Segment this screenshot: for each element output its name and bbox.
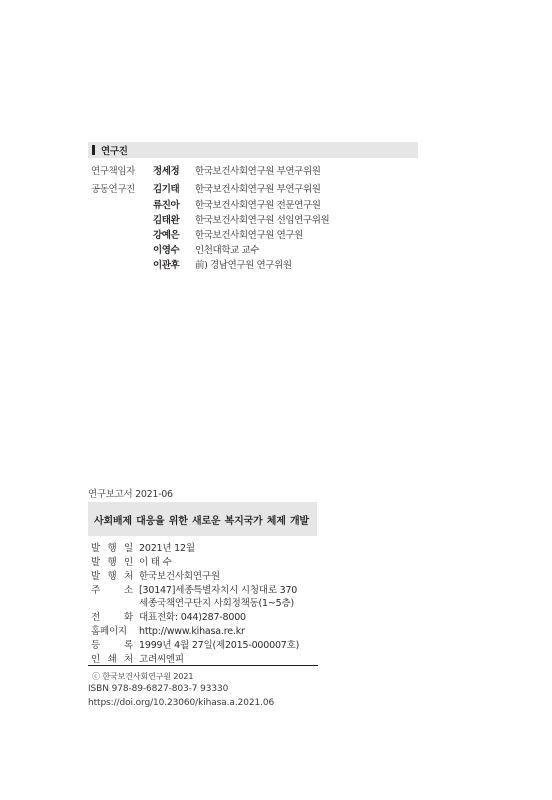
team-member-name: 강예은 (153, 229, 179, 243)
report-series: 연구보고서 2021-06 (88, 486, 173, 500)
research-team-title: 연구진 (101, 143, 128, 157)
team-member-affiliation: 한국보건사회연구원 선임연구위원 (195, 214, 329, 228)
publication-value: 1999년 4월 27일(제2015-000007호) (139, 639, 299, 653)
team-member-affiliation: 인천대학교 교수 (195, 244, 259, 258)
report-title: 사회배제 대응을 위한 새로운 복지국가 체제 개발 (94, 512, 309, 527)
publication-label: 홈페이지 (91, 625, 133, 639)
team-member-name: 류진아 (153, 199, 179, 213)
publication-value: 세종국책연구단지 사회정책동(1~5층) (139, 597, 294, 611)
team-member-name: 이관후 (153, 259, 179, 273)
team-member-name: 김기태 (153, 183, 179, 197)
publication-label: 등록 (91, 639, 133, 653)
publication-label: 발행일 (91, 542, 133, 556)
publication-label: 주소 (91, 584, 133, 598)
team-member-affiliation: 한국보건사회연구원 연구원 (195, 229, 303, 243)
team-member-affiliation: 한국보건사회연구원 전문연구원 (195, 199, 321, 213)
publication-value: 한국보건사회연구원 (139, 570, 220, 584)
publication-value: 이 태 수 (139, 556, 172, 570)
divider (88, 665, 318, 666)
doi-link[interactable]: https://doi.org/10.23060/kihasa.a.2021.0… (88, 697, 274, 710)
team-role: 연구책임자 (91, 165, 135, 179)
research-team-header: 연구진 (88, 142, 418, 158)
publication-label: 전화 (91, 611, 133, 625)
publication-value[interactable]: http://www.kihasa.re.kr (139, 625, 245, 639)
team-member-name: 김태완 (153, 214, 179, 228)
team-member-name: 이영수 (153, 244, 179, 258)
report-title-box: 사회배제 대응을 위한 새로운 복지국가 체제 개발 (88, 502, 317, 536)
team-member-name: 정세정 (153, 165, 179, 179)
publication-label: 발행처 (91, 570, 133, 584)
section-marker-icon (92, 145, 95, 155)
publication-label: 발행인 (91, 556, 133, 570)
team-member-affiliation: 한국보건사회연구원 부연구위원 (195, 165, 321, 179)
publication-value: 대표전화: 044)287-8000 (139, 611, 246, 625)
team-role: 공동연구진 (91, 183, 135, 197)
copyright: ⓒ 한국보건사회연구원 2021 (92, 670, 193, 683)
team-member-affiliation: 前) 경남연구원 연구위원 (195, 259, 292, 273)
team-member-affiliation: 한국보건사회연구원 부연구위원 (195, 183, 321, 197)
publication-value: 2021년 12월 (139, 542, 195, 556)
publication-value: [30147]세종특별자치시 시청대로 370 (139, 584, 297, 598)
isbn: ISBN 978-89-6827-803-7 93330 (88, 683, 228, 696)
